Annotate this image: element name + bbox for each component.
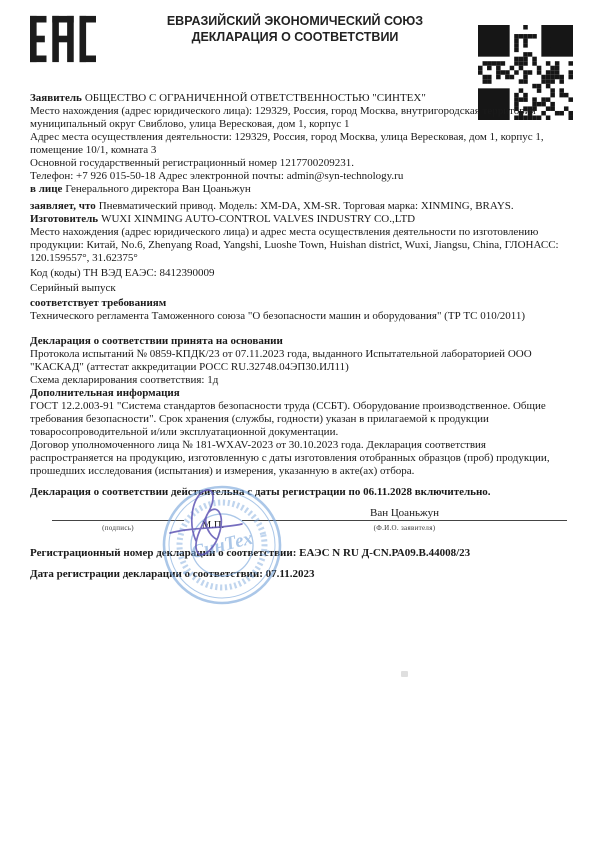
applicant-activity-address: Адрес места осуществления деятельности: … (30, 131, 567, 157)
tnved-code: Код (коды) ТН ВЭД ЕАЭС: 8412390009 (30, 267, 567, 280)
applicant-line: ЗаявительОБЩЕСТВО С ОГРАНИЧЕННОЙ ОТВЕТСТ… (30, 92, 567, 105)
signatory-area: Ван Цоаньжун (Ф.И.О. заявителя) (242, 507, 567, 535)
serial-release: Серийный выпуск (30, 282, 567, 295)
document-title: ЕВРАЗИЙСКИЙ ЭКОНОМИЧЕСКИЙ СОЮЗ ДЕКЛАРАЦИ… (115, 13, 475, 45)
additional-info-label: Дополнительная информация (30, 387, 567, 400)
basis-label: Декларация о соответствии принята на осн… (30, 335, 567, 348)
basis-text: Протокола испытаний № 0859-КПДК/23 от 07… (30, 348, 567, 374)
eac-logo-icon (30, 10, 96, 68)
scheme-line: Схема декларирования соответствия: 1д (30, 374, 567, 387)
signatory-caption: (Ф.И.О. заявителя) (242, 521, 567, 535)
manufacturer-label: Изготовитель (30, 213, 98, 225)
complies-text: Технического регламента Таможенного союз… (30, 310, 567, 323)
stamp-place-label: М.П. (184, 507, 242, 535)
validity-statement: Декларация о соответствии действительна … (30, 486, 567, 499)
product-description: Пневматический привод. Модель: XM-DA, XM… (99, 200, 514, 212)
applicant-legal-address: Место нахождения (адрес юридического лиц… (30, 105, 567, 131)
title-declaration: ДЕКЛАРАЦИЯ О СООТВЕТСТВИИ (115, 29, 475, 45)
declares-line: заявляет, чтоПневматический привод. Моде… (30, 200, 567, 213)
scan-noise-artifact (401, 671, 408, 677)
manufacturer-address: Место нахождения (адрес юридического лиц… (30, 226, 567, 265)
declaration-document: ЕВРАЗИЙСКИЙ ЭКОНОМИЧЕСКИЙ СОЮЗ ДЕКЛАРАЦИ… (0, 0, 600, 850)
registration-date: Дата регистрации декларации о соответств… (30, 568, 567, 581)
signature-area: (подпись) (52, 507, 184, 535)
registration-number: Регистрационный номер декларации о соотв… (30, 547, 567, 560)
document-body: ЗаявительОБЩЕСТВО С ОГРАНИЧЕННОЙ ОТВЕТСТ… (30, 92, 567, 581)
complies-label: соответствует требованиям (30, 297, 567, 310)
in-face-label: в лице (30, 183, 62, 195)
additional-info-text2: Договор уполномоченного лица № 181-WXAV-… (30, 439, 567, 478)
applicant-name: ОБЩЕСТВО С ОГРАНИЧЕННОЙ ОТВЕТСТВЕННОСТЬЮ… (85, 92, 426, 104)
applicant-ogrn: Основной государственный регистрационный… (30, 157, 567, 170)
signature-caption: (подпись) (52, 521, 184, 535)
applicant-representative: в лицеГенерального директора Ван Цоаньжу… (30, 183, 567, 196)
applicant-label: Заявитель (30, 92, 82, 104)
applicant-contacts: Телефон: +7 926 015-50-18 Адрес электрон… (30, 170, 567, 183)
additional-info-text1: ГОСТ 12.2.003-91 "Система стандартов без… (30, 400, 567, 439)
manufacturer-line: ИзготовительWUXI XINMING AUTO-CONTROL VA… (30, 213, 567, 226)
in-face-text: Генерального директора Ван Цоаньжун (65, 183, 250, 195)
title-union: ЕВРАЗИЙСКИЙ ЭКОНОМИЧЕСКИЙ СОЮЗ (115, 13, 475, 29)
signature-block: (подпись) М.П. Ван Цоаньжун (Ф.И.О. заяв… (52, 507, 567, 535)
declares-label: заявляет, что (30, 200, 96, 212)
manufacturer-name: WUXI XINMING AUTO-CONTROL VALVES INDUSTR… (101, 213, 415, 225)
signatory-name: Ван Цоаньжун (242, 507, 567, 520)
